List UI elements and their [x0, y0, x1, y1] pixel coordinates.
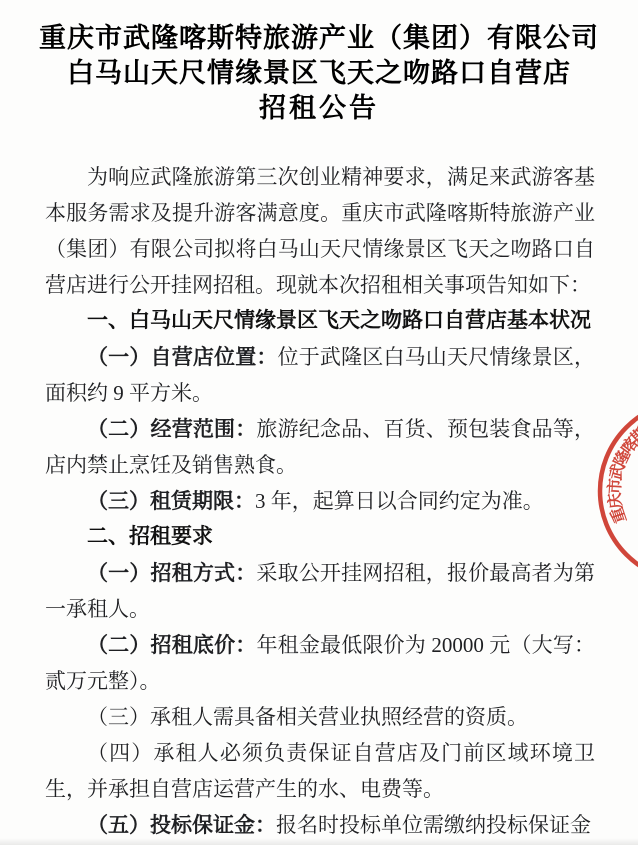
item-business-scope: （二）经营范围：旅游纪念品、百货、预包装食品等，店内禁止烹饪及销售熟食。: [45, 411, 595, 483]
paragraph-label: （二）经营范围：: [87, 417, 256, 441]
item-hygiene-utilities: （四）承租人必须负责保证自营店及门前区域环境卫生，并承担自营店运营产生的水、电费…: [45, 735, 595, 807]
paragraph-text: 为响应武隆旅游第三次创业精神要求，满足来武游客基本服务需求及提升游客满意度。重庆…: [45, 165, 595, 297]
document-body: 为响应武隆旅游第三次创业精神要求，满足来武游客基本服务需求及提升游客满意度。重庆…: [45, 159, 595, 843]
item-location: （一）自营店位置：位于武隆区白马山天尺情缘景区，面积约 9 平方米。: [45, 339, 595, 411]
document-page: 重庆市武隆喀斯特旅游产业（集团）有限公司 白马山天尺情缘景区飞天之吻路口自营店 …: [0, 0, 638, 845]
title-line-3: 招租公告: [0, 91, 638, 126]
paragraph-text: （三）承租人需具备相关营业执照经营的资质。: [87, 705, 528, 729]
seal-text: 重庆市武隆喀斯特旅游产业（集团）有限公司: [605, 406, 638, 526]
section-heading-2: 二、招租要求: [45, 519, 595, 555]
item-bid-deposit: （五）投标保证金：报名时投标单位需缴纳投标保证金: [45, 807, 595, 843]
item-license-requirement: （三）承租人需具备相关营业执照经营的资质。: [45, 699, 595, 735]
paragraph-text: 报名时投标单位需缴纳投标保证金: [276, 813, 591, 837]
title-line-2: 白马山天尺情缘景区飞天之吻路口自营店: [0, 56, 638, 91]
item-base-price: （二）招租底价：年租金最低限价为 20000 元（大写：贰万元整）。: [45, 627, 595, 699]
title-line-1: 重庆市武隆喀斯特旅游产业（集团）有限公司: [0, 21, 638, 56]
intro-paragraph: 为响应武隆旅游第三次创业精神要求，满足来武游客基本服务需求及提升游客满意度。重庆…: [45, 159, 595, 303]
seal-ring: [600, 401, 638, 581]
paragraph-text: 3 年，起算日以合同约定为准。: [255, 489, 544, 513]
paragraph-label: （一）自营店位置：: [87, 345, 278, 369]
paragraph-label: （一）招租方式：: [87, 561, 256, 585]
item-rental-method: （一）招租方式：采取公开挂网招租，报价最高者为第一承租人。: [45, 555, 595, 627]
item-lease-term: （三）租赁期限：3 年，起算日以合同约定为准。: [45, 483, 595, 519]
paragraph-label: （五）投标保证金：: [87, 813, 276, 837]
paragraph-label: （二）招租底价：: [87, 633, 256, 657]
document-title: 重庆市武隆喀斯特旅游产业（集团）有限公司 白马山天尺情缘景区飞天之吻路口自营店 …: [0, 0, 638, 126]
paragraph-text: （四）承租人必须负责保证自营店及门前区域环境卫生，并承担自营店运营产生的水、电费…: [45, 741, 595, 801]
paragraph-label: （三）租赁期限：: [87, 489, 255, 513]
company-seal-icon: 重庆市武隆喀斯特旅游产业（集团）有限公司: [595, 396, 638, 586]
section-heading-1: 一、白马山天尺情缘景区飞天之吻路口自营店基本状况: [45, 303, 595, 339]
